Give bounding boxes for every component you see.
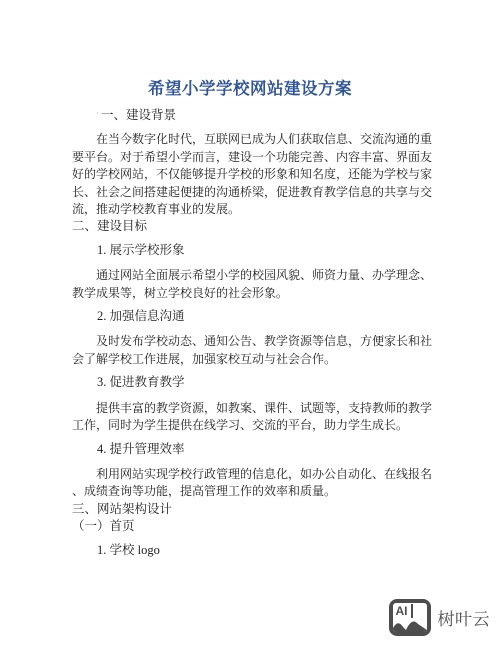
- sub-heading-goal-1: 1. 展示学校形象: [72, 242, 438, 259]
- paragraph-background: 在当今数字化时代，互联网已成为人们获取信息、交流沟通的重 要平台。对于希望小学而…: [72, 131, 438, 218]
- sub-heading-goal-4: 4. 提升管理效率: [72, 441, 438, 458]
- sub-heading-goal-2: 2. 加强信息沟通: [72, 308, 438, 325]
- sub-heading-school-logo: 1. 学校 logo: [72, 542, 438, 559]
- document-body: 希望小学学校网站建设方案 ·一、建设背景 在当今数字化时代，互联网已成为人们获取…: [72, 77, 438, 567]
- watermark: AI 树叶云: [389, 599, 491, 636]
- chapter-heading-1-label: 一、建设背景: [101, 108, 176, 122]
- mountain-icon: [393, 615, 427, 632]
- sub-heading-goal-3: 3. 促进教育教学: [72, 374, 438, 391]
- paragraph-goal-3: 提供丰富的教学资源，如教案、课件、试题等，支持教师的教学 工作，同时为学生提供在…: [72, 400, 438, 435]
- watermark-brand-text: 树叶云: [438, 605, 491, 630]
- paragraph-goal-2: 及时发布学校动态、通知公告、教学资源等信息，方便家长和社 会了解学校工作进展，加…: [72, 333, 438, 368]
- paragraph-goal-4: 利用网站实现学校行政管理的信息化，如办公自动化、在线报名 、成绩查询等功能，提高…: [72, 466, 438, 501]
- document-title: 希望小学学校网站建设方案: [72, 77, 428, 101]
- chapter-heading-1: ·一、建设背景: [72, 105, 438, 124]
- chapter-heading-2: 二、建设目标: [72, 218, 438, 235]
- document-page: 希望小学学校网站建设方案 ·一、建设背景 在当今数字化时代，互联网已成为人们获取…: [0, 0, 500, 647]
- section-heading-homepage: （一）首页: [72, 518, 438, 535]
- paragraph-goal-1: 通过网站全面展示希望小学的校园风貌、师资力量、办学理念、 教学成果等，树立学校良…: [72, 267, 438, 302]
- ai-image-icon-inner: AI: [393, 603, 427, 632]
- ai-image-icon: AI: [389, 599, 431, 636]
- faint-bullet-mark: ·: [96, 108, 99, 118]
- chapter-heading-3: 三、网站架构设计: [72, 501, 438, 518]
